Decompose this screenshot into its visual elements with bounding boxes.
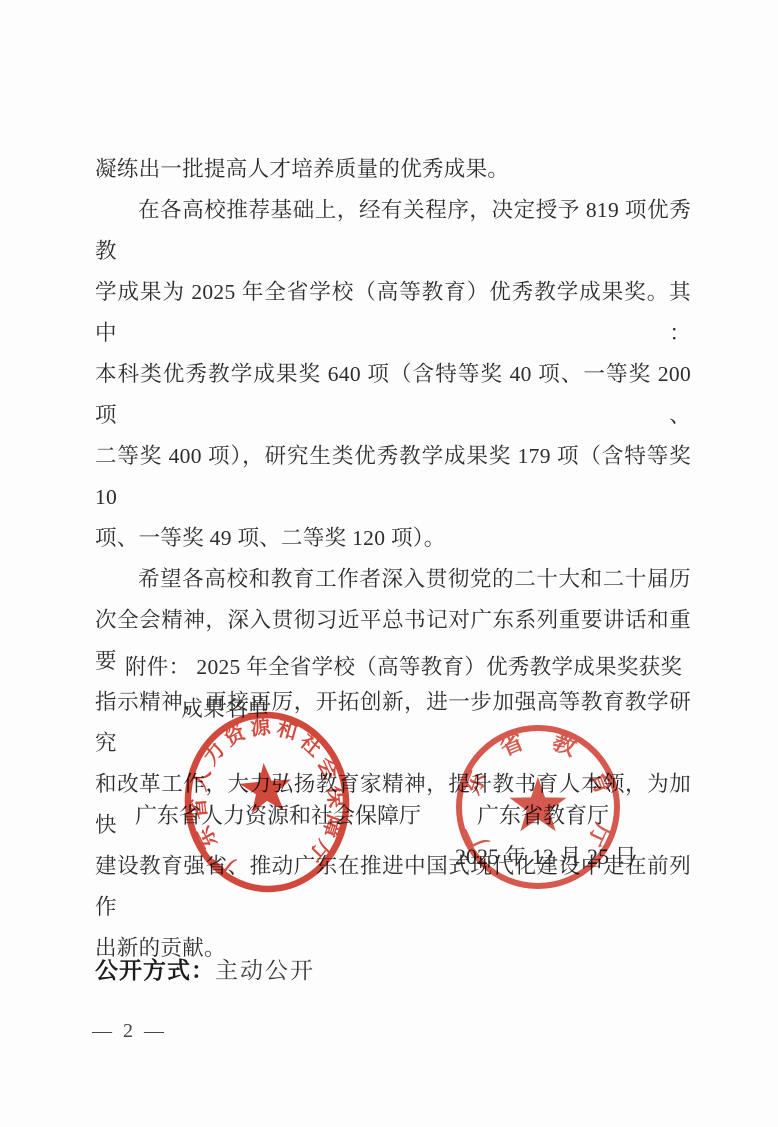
body-line: 学成果为 2025 年全省学校（高等教育）优秀教学成果奖。其中：: [95, 272, 691, 354]
body-line: 凝练出一批提高人才培养质量的优秀成果。: [95, 149, 691, 190]
svg-text:省: 省: [186, 797, 211, 821]
svg-text:广: 广: [209, 844, 239, 877]
svg-text:东: 东: [192, 822, 222, 853]
disclosure-label: 公开方式：: [95, 957, 215, 983]
disclosure-value: 主动公开: [215, 958, 315, 983]
body-line: 在各高校推荐基础上，经有关程序，决定授予 819 项优秀教: [95, 190, 691, 272]
official-document-page: 凝练出一批提高人才培养质量的优秀成果。 在各高校推荐基础上，经有关程序，决定授予…: [0, 0, 778, 1127]
svg-text:保: 保: [323, 785, 347, 809]
body-line: 二等奖 400 项），研究生类优秀教学成果奖 179 项（含特等奖 10: [95, 436, 691, 518]
svg-text:力: 力: [199, 737, 229, 770]
body-line: 本科类优秀教学成果奖 640 项（含特等奖 40 项、一等奖 200 项、: [95, 354, 691, 436]
svg-text:广: 广: [460, 820, 493, 852]
body-line: 希望各高校和教育工作者深入贯彻党的二十大和二十届历: [95, 559, 691, 600]
attachment-label: 附件：: [125, 646, 196, 688]
left-official-seal: 广东省人力资源和社会保障厅: [167, 696, 367, 907]
svg-text:厅: 厅: [304, 835, 335, 869]
star-icon: [510, 777, 567, 831]
svg-text:教: 教: [549, 729, 581, 761]
svg-text:会: 会: [313, 753, 343, 784]
attachment-title-line1: 2025 年全省学校（高等教育）优秀教学成果奖获奖: [196, 646, 682, 688]
svg-text:资: 资: [220, 718, 249, 751]
right-official-seal: 广东省教育厅: [452, 721, 624, 893]
svg-text:省: 省: [496, 729, 527, 761]
svg-text:厅: 厅: [583, 820, 615, 851]
body-line: 项、一等奖 49 项、二等奖 120 项）。: [95, 518, 691, 559]
star-icon: [238, 761, 294, 815]
svg-text:社: 社: [295, 727, 326, 761]
disclosure-line: 公开方式：主动公开: [95, 952, 315, 985]
page-number: — 2 —: [92, 1020, 167, 1043]
svg-text:和: 和: [274, 715, 300, 746]
svg-text:源: 源: [249, 713, 272, 740]
